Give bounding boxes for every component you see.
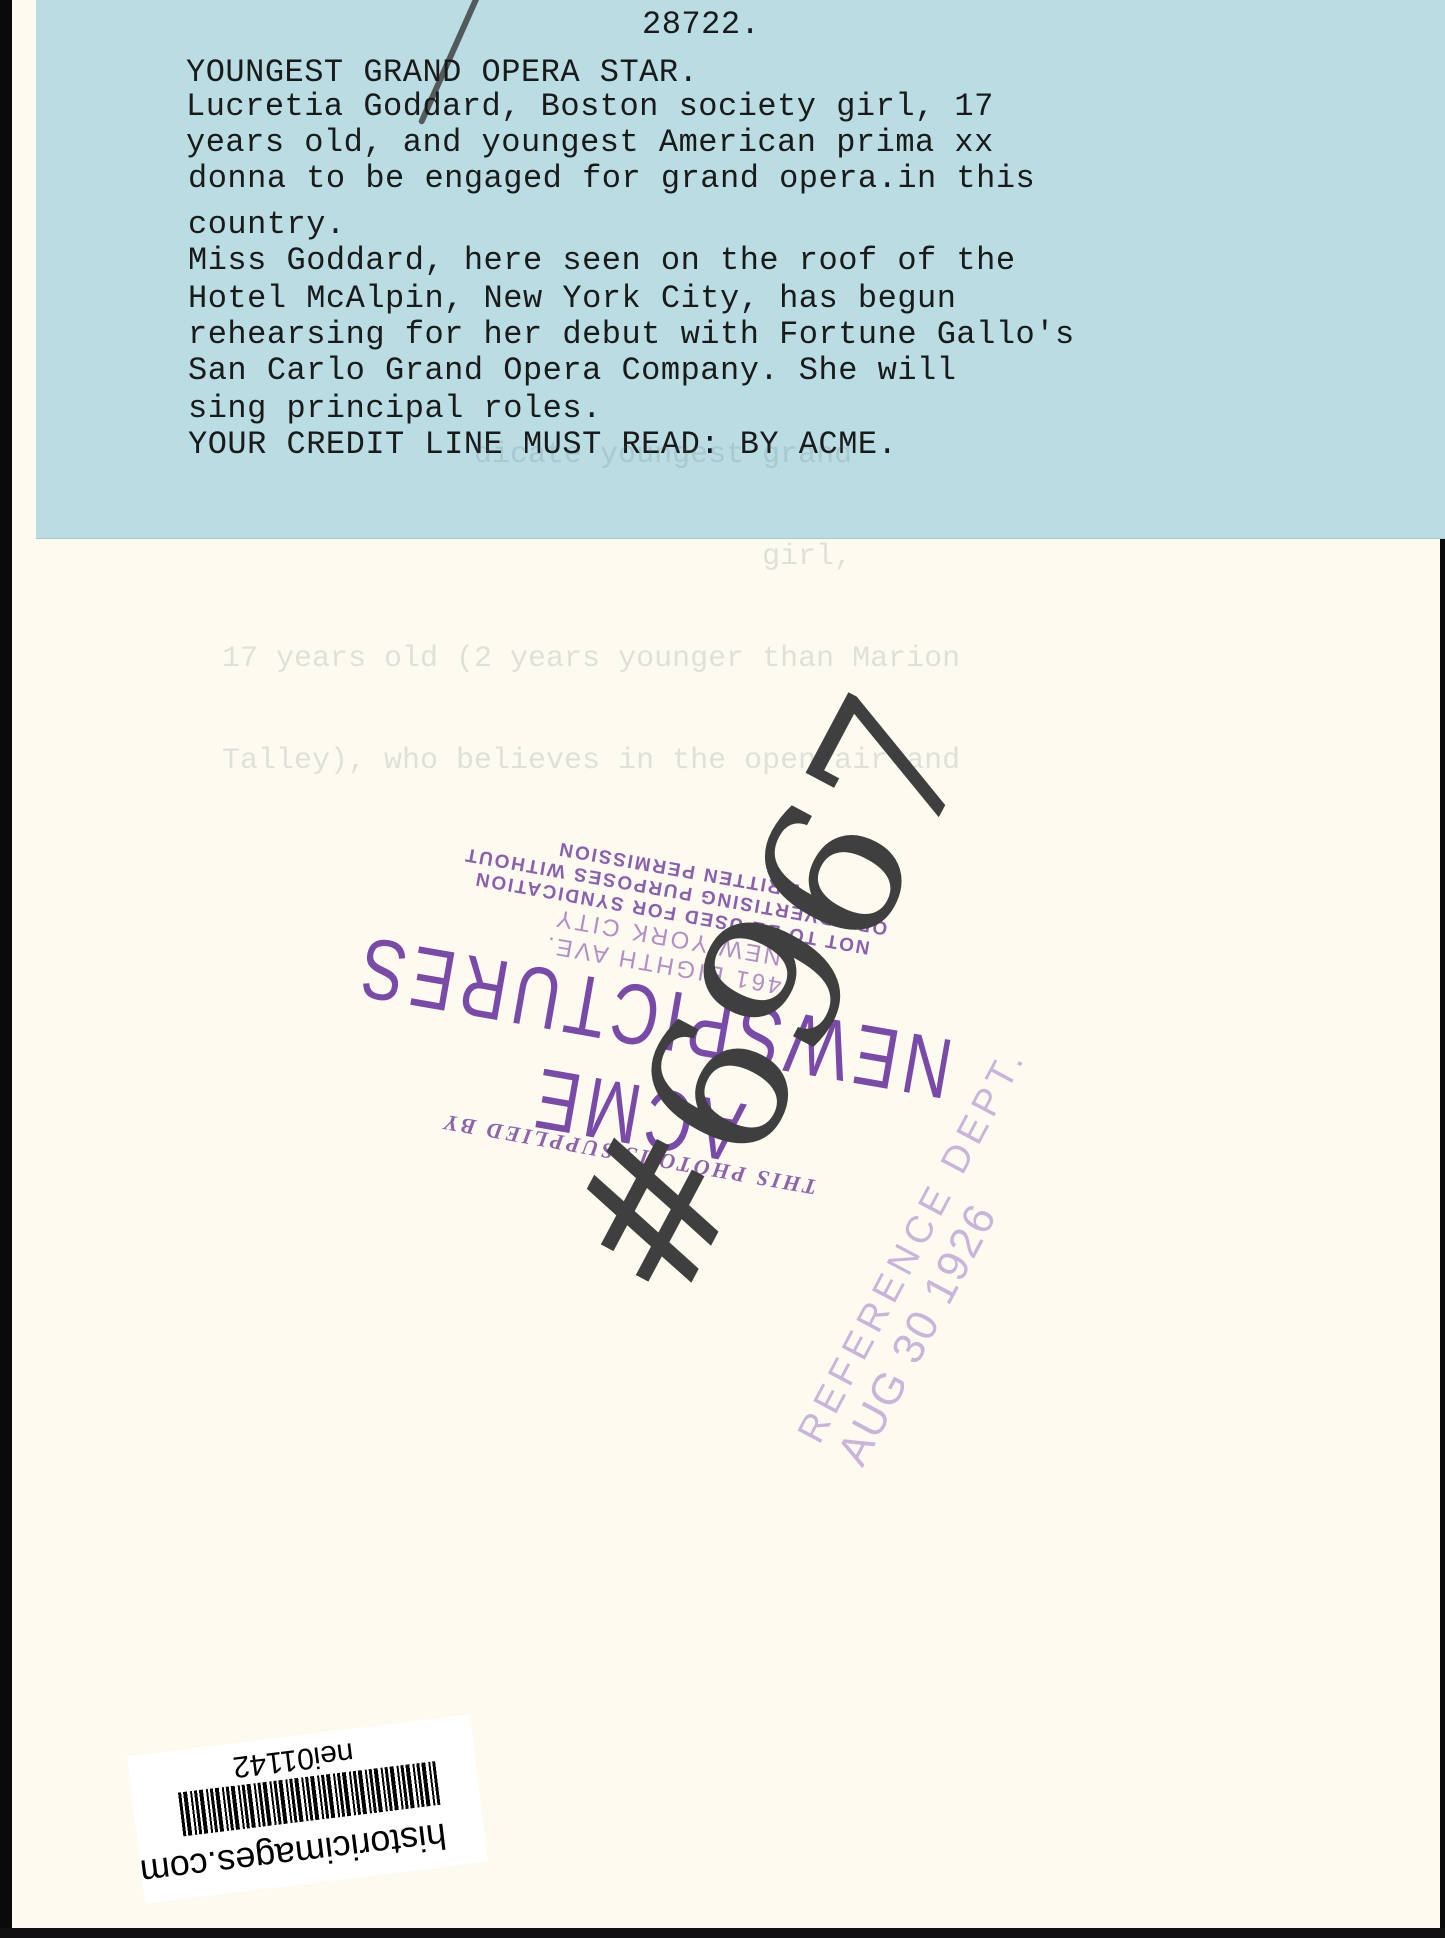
ghost-line: 17 years old (2 years younger than Mario… [222, 642, 960, 676]
caption-line: donna to be engaged for grand opera.in t… [188, 162, 1035, 196]
caption-number: 28722. [642, 8, 760, 42]
caption-line: rehearsing for her debut with Fortune Ga… [188, 318, 1075, 352]
ghost-line: girl, [222, 540, 960, 574]
caption-headline: YOUNGEST GRAND OPERA STAR. [186, 56, 698, 90]
caption-line: Lucretia Goddard, Boston society girl, 1… [186, 90, 994, 124]
scan-edge [0, 1928, 1445, 1938]
caption-line: years old, and youngest American prima x… [186, 126, 994, 160]
caption-line: Hotel McAlpin, New York City, has begun [188, 282, 956, 316]
caption-line: country. [188, 208, 346, 242]
caption-slip: 28722. YOUNGEST GRAND OPERA STAR. Lucret… [36, 0, 1445, 538]
ghost-line: dicate youngest grand [222, 438, 960, 472]
caption-line: Miss Goddard, here seen on the roof of t… [188, 244, 1016, 278]
